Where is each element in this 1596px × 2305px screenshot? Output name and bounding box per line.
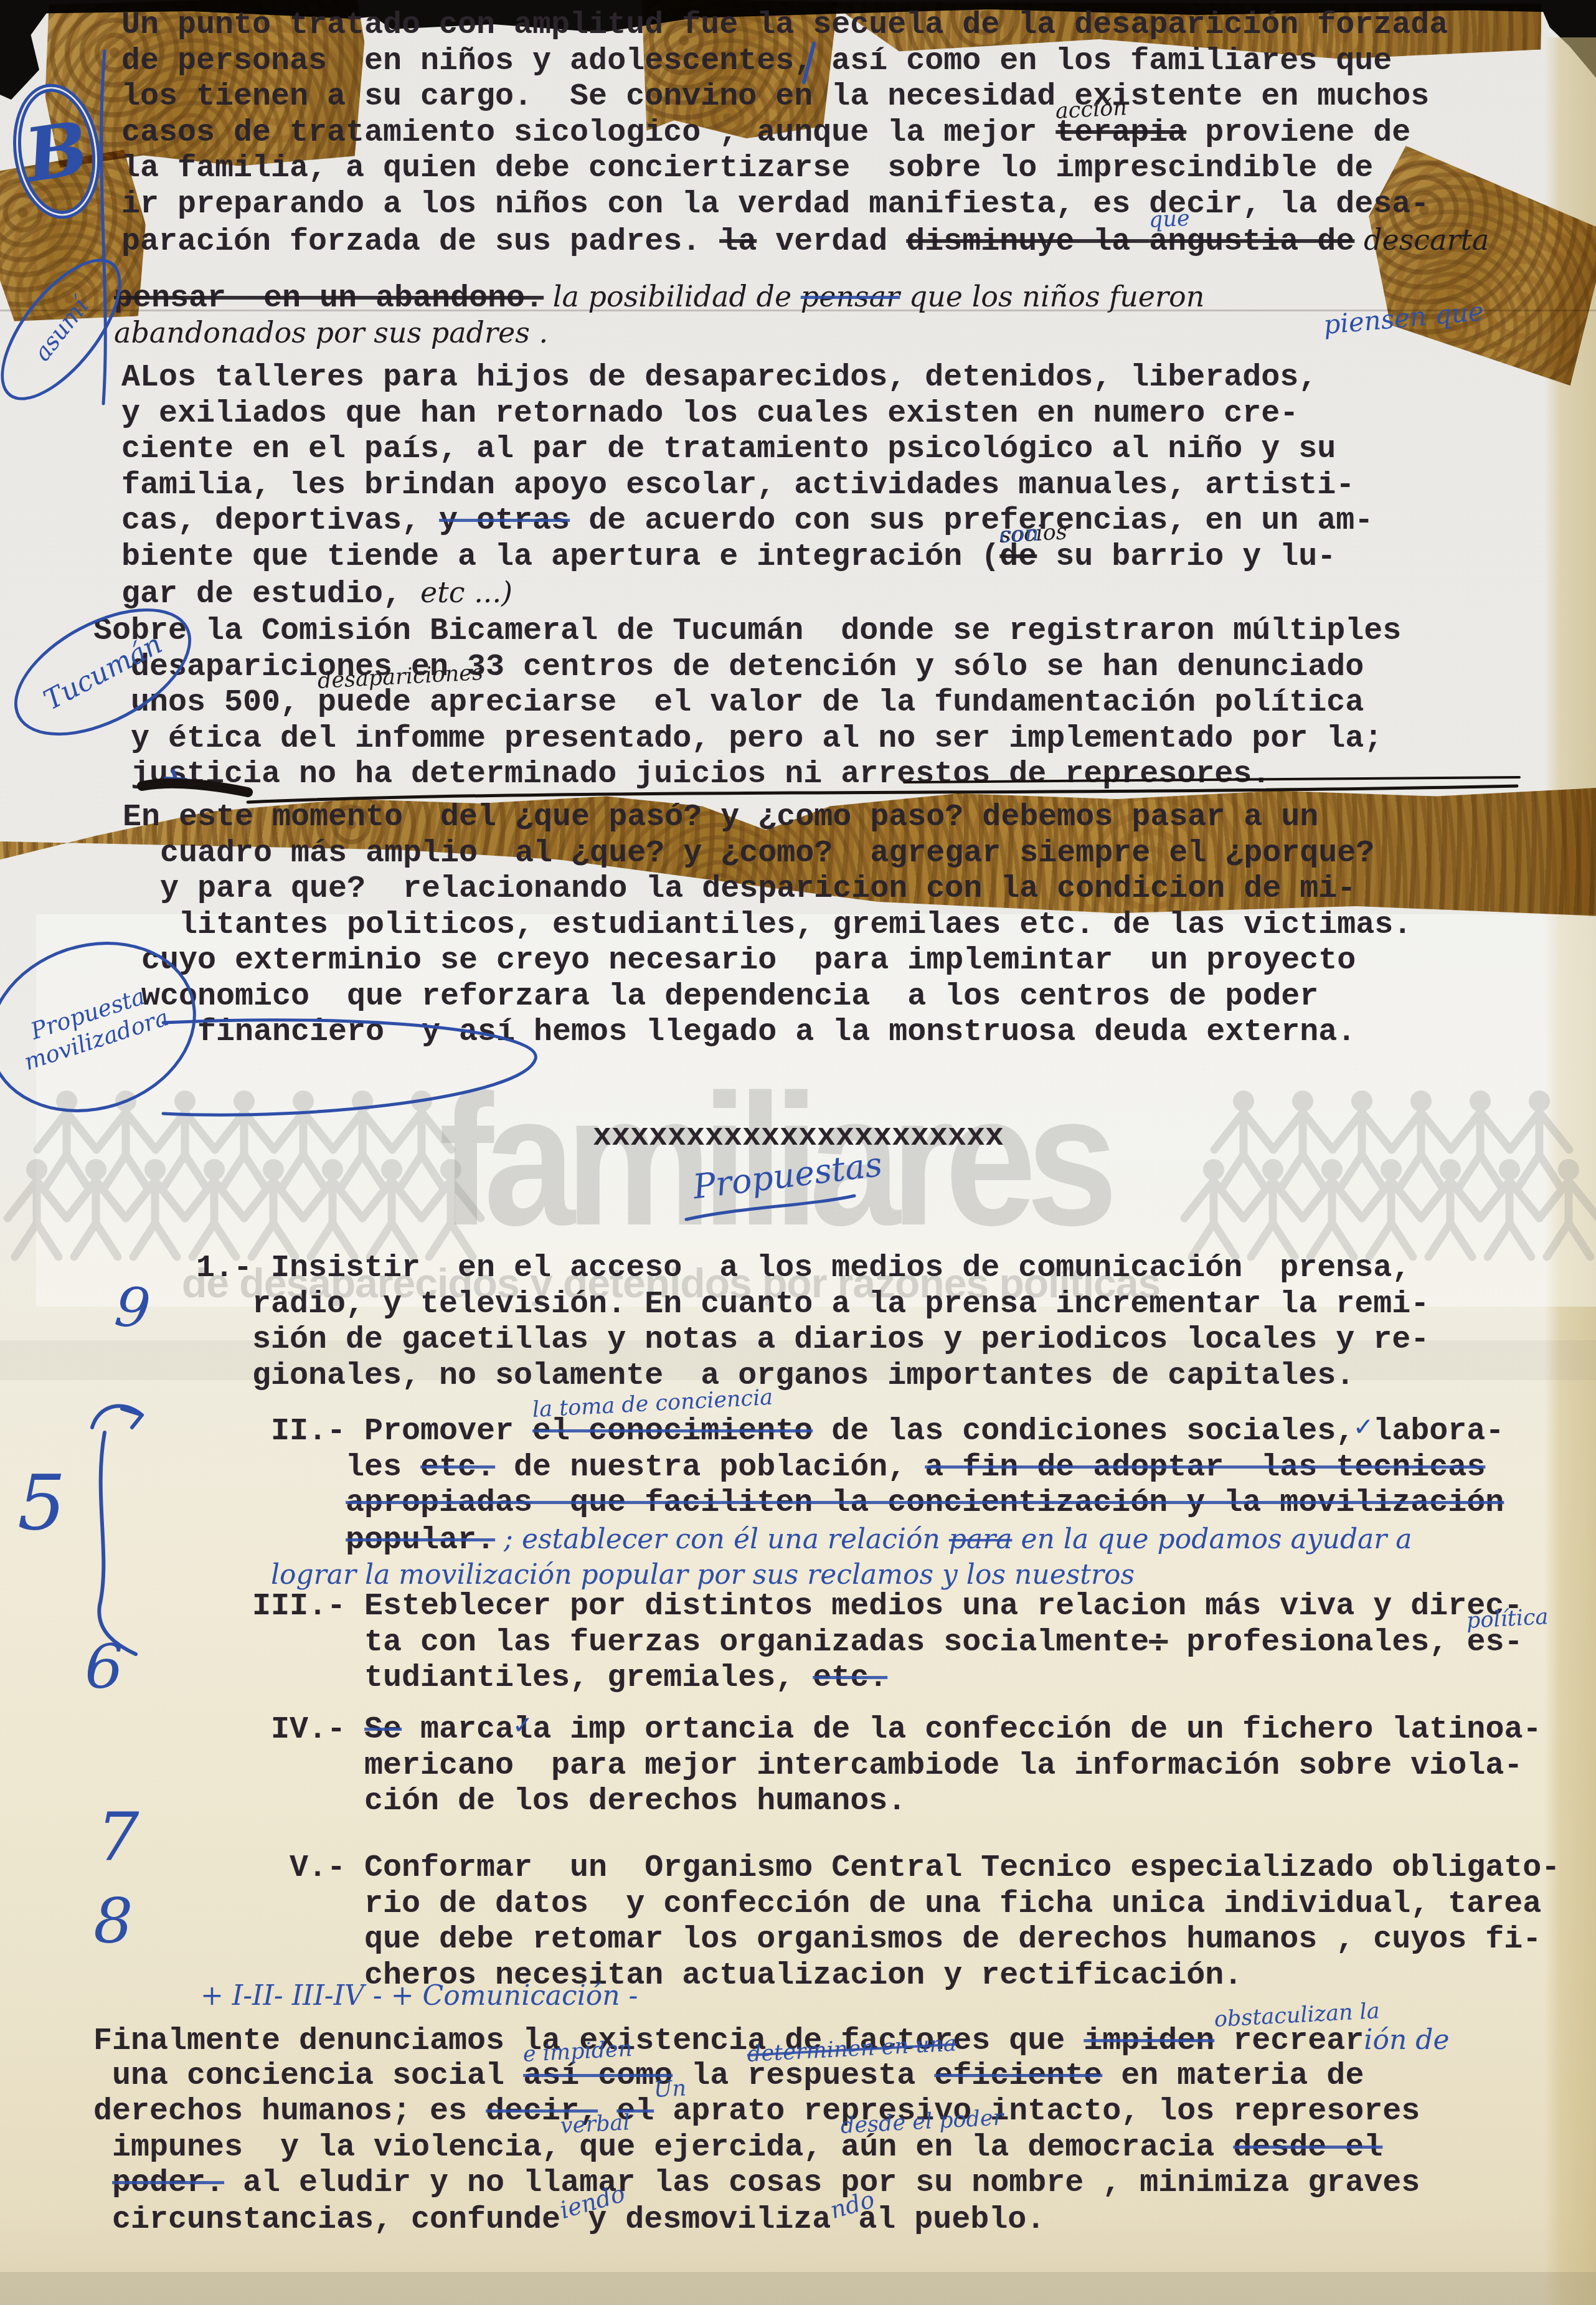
scanned-document-page: familiares de desaparecidos y detenidos … [0, 0, 1596, 2305]
propuestas-underline-flourish [686, 1196, 854, 1219]
ink-stroke-overlay [0, 0, 1596, 2305]
black-dash-mark [142, 783, 248, 792]
stray-blue-tick-top [804, 44, 814, 82]
black-overline-right [904, 777, 1519, 782]
margin-vertical-line [102, 51, 106, 404]
propuesta-oval-tail [163, 1020, 536, 1115]
item2-arrow-hook [92, 1406, 142, 1427]
item2-bracket-line [99, 1432, 136, 1654]
black-line-along-tape [248, 786, 1517, 802]
